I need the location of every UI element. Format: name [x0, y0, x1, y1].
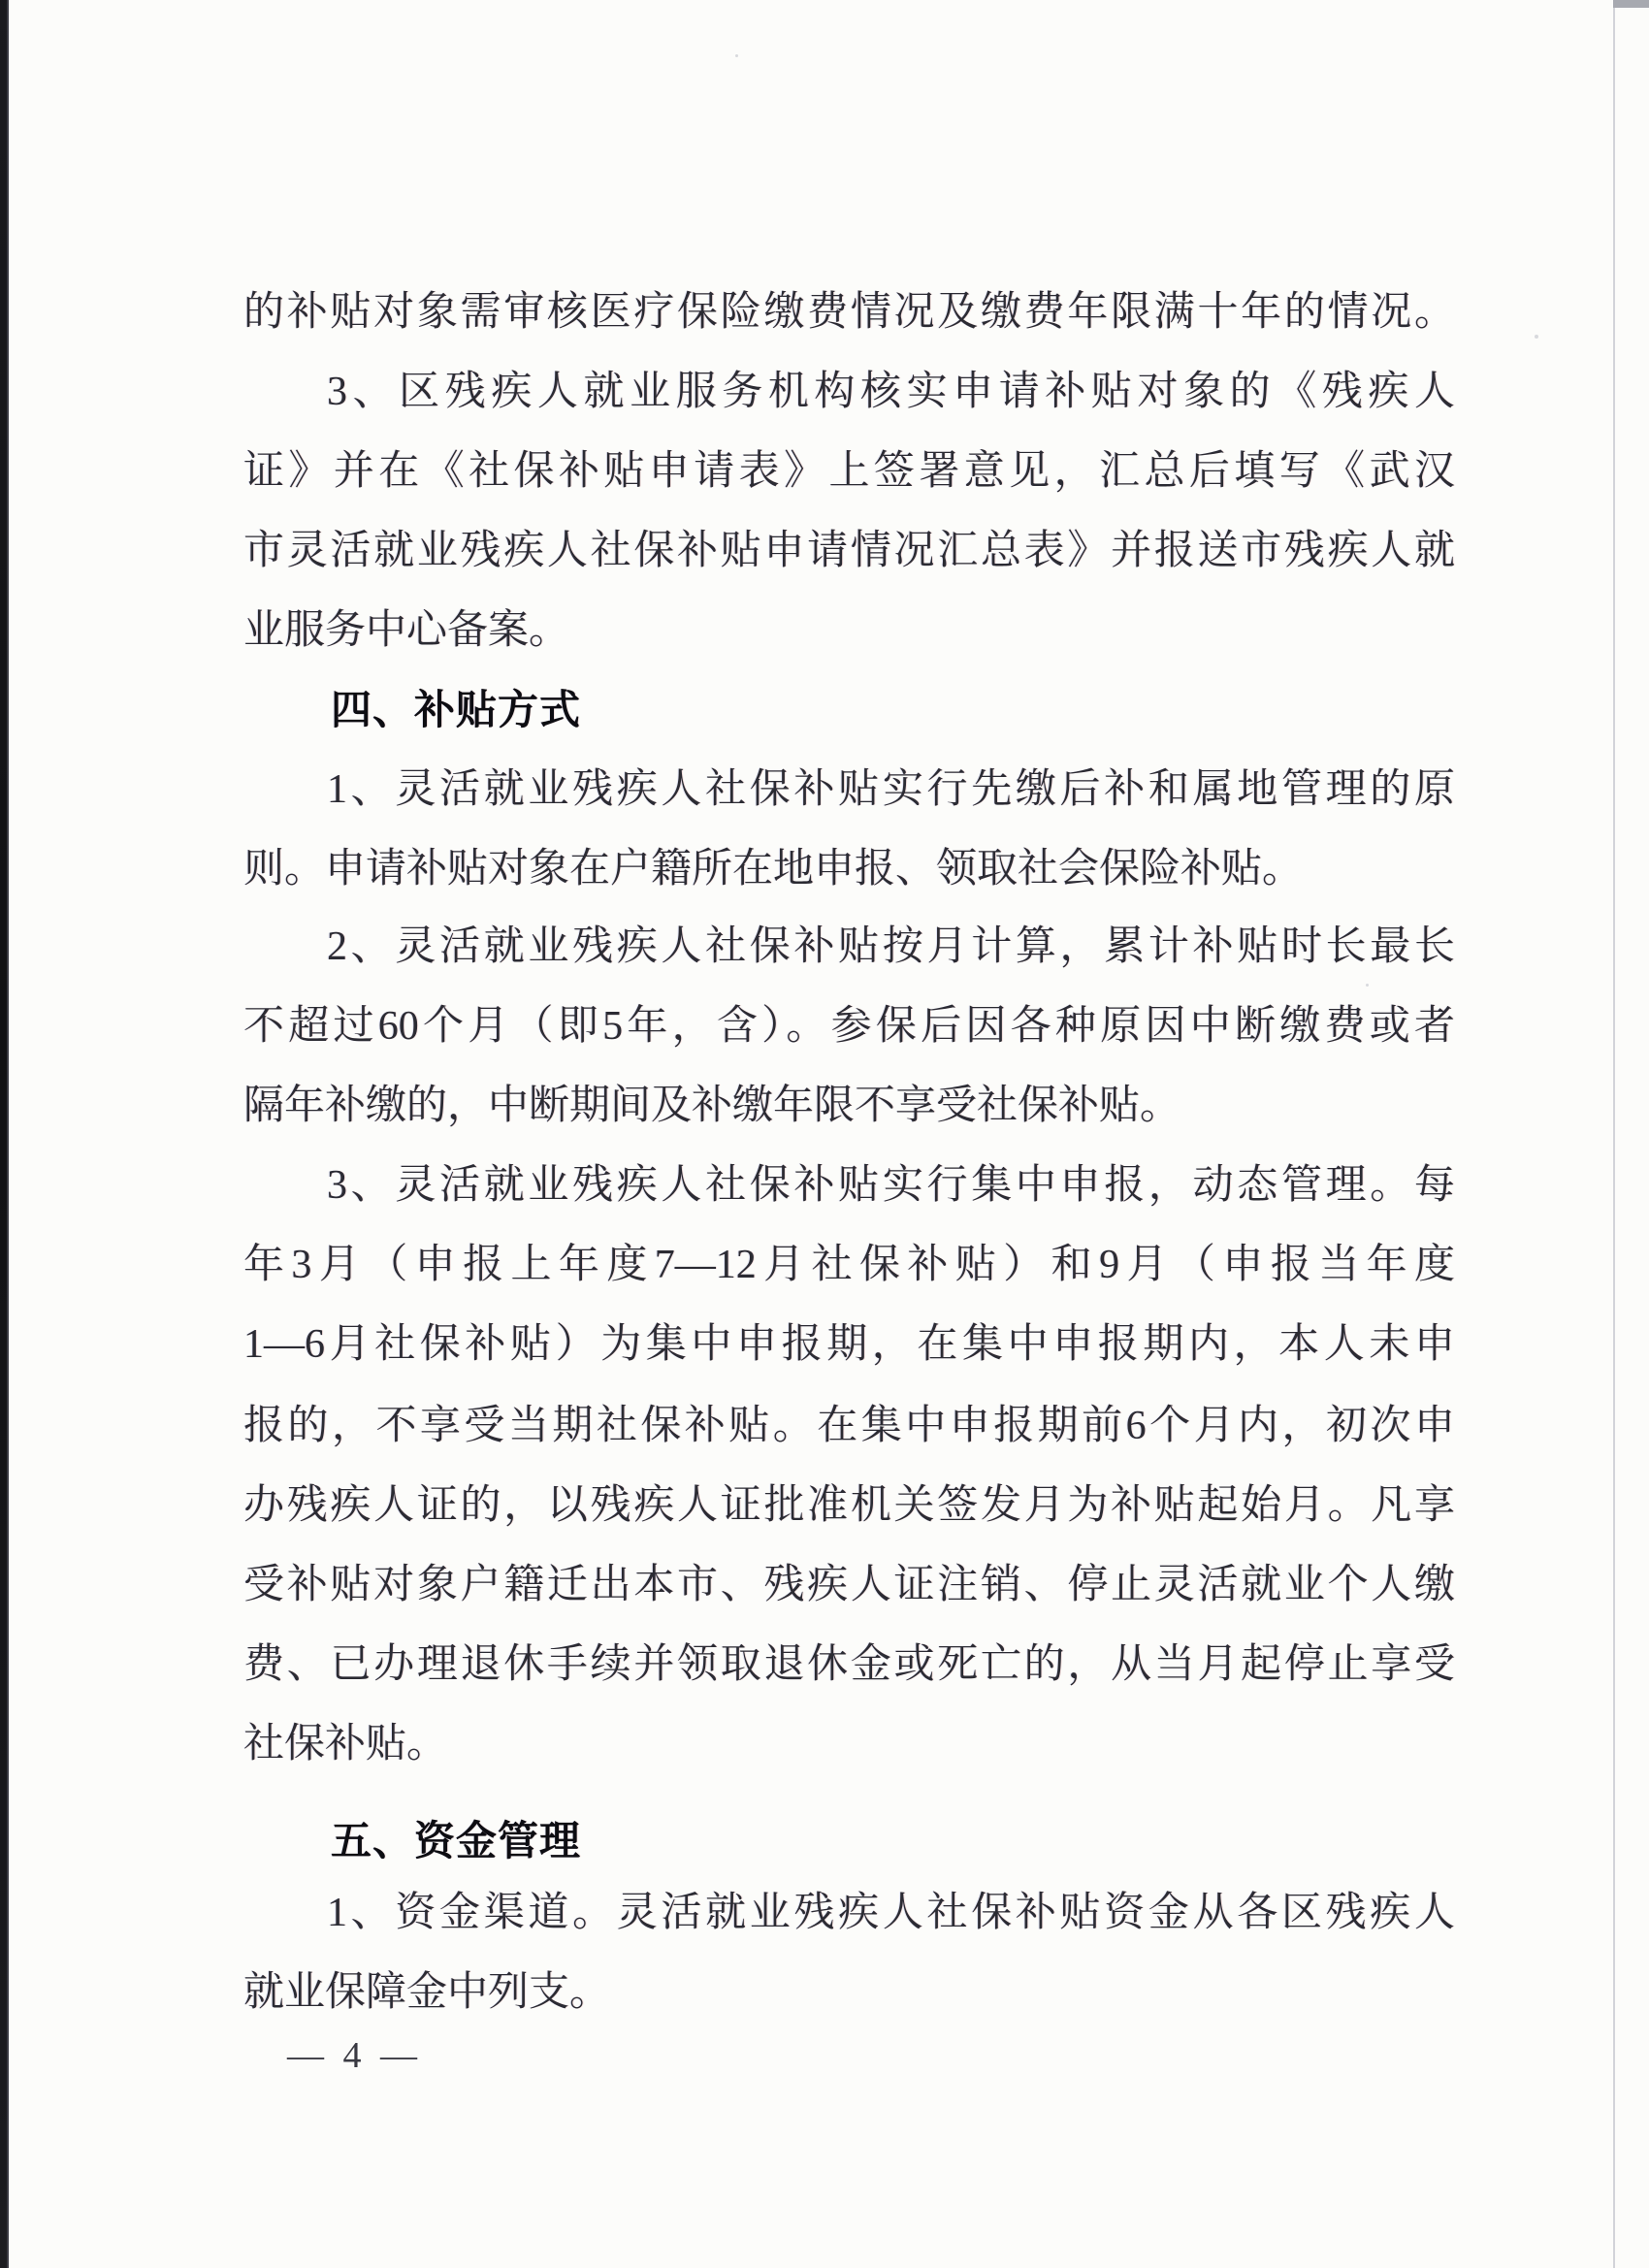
text-line-21: 1、资金渠道。灵活就业残疾人社保补贴资金从各区残疾人	[243, 1890, 1455, 1936]
text-line-14: 1—6月社保补贴）为集中申报期，在集中申报期内，本人未申	[243, 1321, 1455, 1368]
text-line-12: 3、灵活就业残疾人社保补贴实行集中申报，动态管理。每	[243, 1162, 1455, 1209]
text-line-17: 受补贴对象户籍迁出本市、残疾人证注销、停止灵活就业个人缴	[243, 1562, 1455, 1608]
scan-speck	[1366, 984, 1369, 987]
page-number: — 4 —	[287, 2035, 422, 2076]
text-line-7: 1、灵活就业残疾人社保补贴实行先缴后补和属地管理的原	[243, 766, 1455, 813]
text-line-1: 的补贴对象需审核医疗保险缴费情况及缴费年限满十年的情况。	[243, 289, 1455, 336]
text-line-13: 年3月（申报上年度7—12月社保补贴）和9月（申报当年度	[243, 1242, 1455, 1288]
scan-page-edge-line	[1613, 0, 1615, 2268]
section-heading-4: 四、补贴方式	[243, 687, 1455, 733]
text-line-16: 办残疾人证的，以残疾人证批准机关签发月为补贴起始月。凡享	[243, 1482, 1455, 1529]
text-line-5: 业服务中心备案。	[243, 607, 1455, 654]
text-line-8: 则。申请补贴对象在户籍所在地申报、领取社会保险补贴。	[243, 846, 1455, 892]
text-line-19: 社保补贴。	[243, 1721, 1455, 1767]
scan-corner-mark	[1613, 0, 1649, 8]
text-line-10: 不超过60个月（即5年，含）。参保后因各种原因中断缴费或者	[243, 1003, 1455, 1050]
text-line-15: 报的，不享受当期社保补贴。在集中申报期前6个月内，初次申	[243, 1403, 1455, 1449]
text-line-3: 证》并在《社保补贴申请表》上签署意见，汇总后填写《武汉	[243, 448, 1455, 495]
text-line-4: 市灵活就业残疾人社保补贴申请情况汇总表》并报送市残疾人就	[243, 528, 1455, 574]
scan-speck	[735, 54, 738, 57]
text-line-22: 就业保障金中列支。	[243, 1969, 1455, 2016]
section-heading-5: 五、资金管理	[243, 1818, 1455, 1864]
document-page: 的补贴对象需审核医疗保险缴费情况及缴费年限满十年的情况。 3、区残疾人就业服务机…	[0, 0, 1649, 2268]
scan-edge-left	[0, 0, 9, 2268]
text-line-2: 3、区残疾人就业服务机构核实申请补贴对象的《残疾人	[243, 369, 1455, 415]
text-line-11: 隔年补缴的，中断期间及补缴年限不享受社保补贴。	[243, 1083, 1455, 1129]
scan-speck	[1535, 335, 1538, 339]
text-line-9: 2、灵活就业残疾人社保补贴按月计算，累计补贴时长最长	[243, 923, 1455, 970]
text-line-18: 费、已办理退休手续并领取退休金或死亡的，从当月起停止享受	[243, 1641, 1455, 1688]
